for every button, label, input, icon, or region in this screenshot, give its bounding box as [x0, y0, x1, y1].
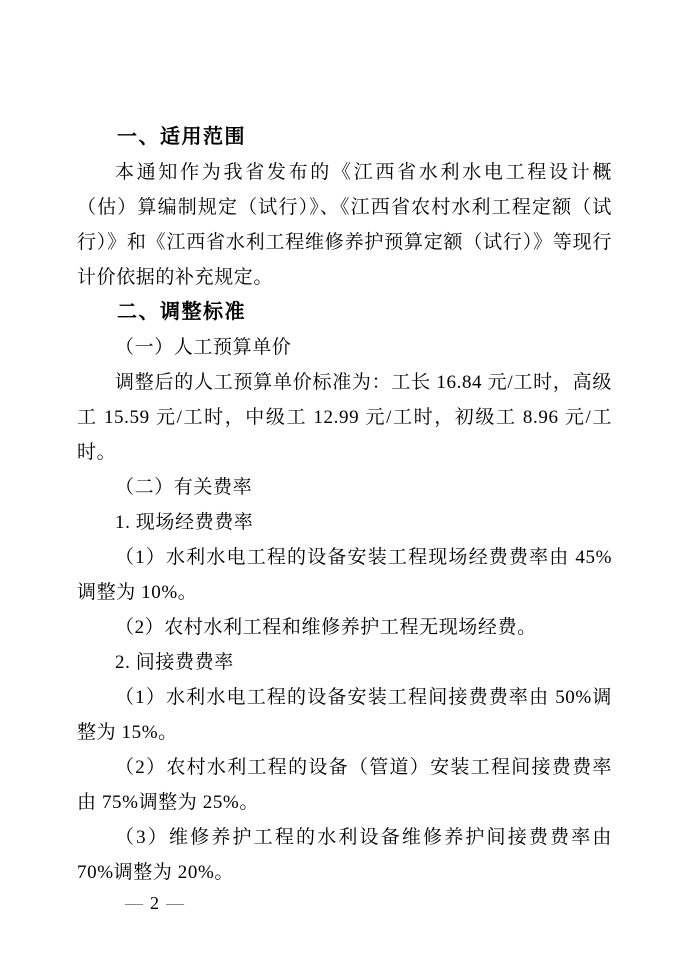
paragraph-labor-rates: 调整后的人工预算单价标准为：工长 16.84 元/工时，高级工 15.59 元/… [77, 365, 612, 470]
paragraph-site-expense-2: （2）农村水利工程和维修养护工程无现场经费。 [77, 610, 612, 645]
section-heading-adjustment: 二、调整标准 [77, 295, 612, 330]
page-number-value: 2 [150, 893, 159, 913]
paragraph-indirect-fee-3: （3）维修养护工程的水利设备维修养护间接费费率由 70%调整为 20%。 [77, 820, 612, 890]
document-body: 一、适用范围 本通知作为我省发布的《江西省水利水电工程设计概（估）算编制规定（试… [77, 120, 612, 890]
page-number: —2— [118, 891, 191, 915]
document-page: 一、适用范围 本通知作为我省发布的《江西省水利水电工程设计概（估）算编制规定（试… [0, 0, 689, 973]
paragraph-site-expense-1: （1）水利水电工程的设备安装工程现场经费费率由 45%调整为 10%。 [77, 540, 612, 610]
paragraph-indirect-fee-2: （2）农村水利工程的设备（管道）安装工程间接费费率由 75%调整为 25%。 [77, 750, 612, 820]
paragraph-indirect-fee-1: （1）水利水电工程的设备安装工程间接费费率由 50%调整为 15%。 [77, 680, 612, 750]
section-heading-scope: 一、适用范围 [77, 120, 612, 155]
page-number-left-dash: — [118, 893, 150, 913]
subheading-site-expense-rate: 1. 现场经费费率 [77, 505, 612, 540]
subheading-related-rates: （二）有关费率 [77, 470, 612, 505]
paragraph-scope-body: 本通知作为我省发布的《江西省水利水电工程设计概（估）算编制规定（试行）》、《江西… [77, 155, 612, 295]
subheading-labor-unit-price: （一）人工预算单价 [77, 330, 612, 365]
subheading-indirect-fee-rate: 2. 间接费费率 [77, 645, 612, 680]
page-number-right-dash: — [159, 893, 191, 913]
